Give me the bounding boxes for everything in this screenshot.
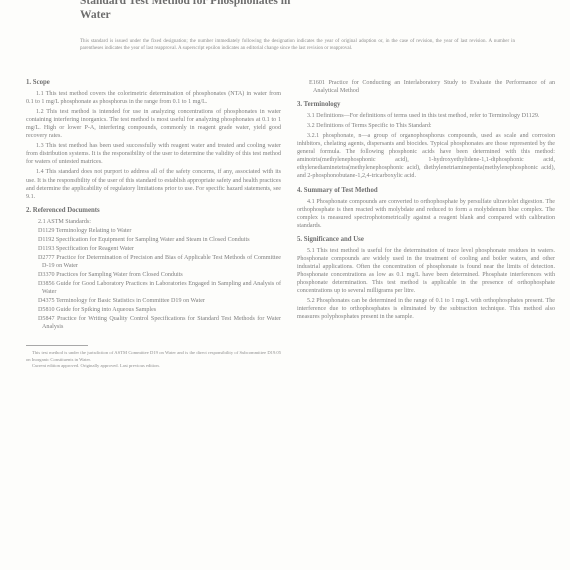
reference-item: D5810 Guide for Spiking into Aqueous Sam… xyxy=(32,306,281,314)
terminology-paragraph: 3.1 Definitions—For definitions of terms… xyxy=(297,112,555,120)
significance-paragraph: 5.1 This test method is useful for the d… xyxy=(297,247,555,295)
footnote-divider xyxy=(26,345,88,346)
scope-paragraph: 1.4 This standard does not purport to ad… xyxy=(26,168,281,200)
scope-paragraph: 1.3 This test method has been used succe… xyxy=(26,142,281,166)
section-heading-significance: 5. Significance and Use xyxy=(297,236,555,244)
reference-item: D1129 Terminology Relating to Water xyxy=(32,227,281,235)
footnote: This test method is under the jurisdicti… xyxy=(26,350,281,362)
document-page: Standard Test Method for Phosphonates in… xyxy=(0,0,570,570)
reference-item: D1192 Specification for Equipment for Sa… xyxy=(32,236,281,244)
reference-item: D5847 Practice for Writing Quality Contr… xyxy=(32,315,281,331)
section-heading-summary: 4. Summary of Test Method xyxy=(297,187,555,195)
reference-item: D4375 Terminology for Basic Statistics i… xyxy=(32,297,281,305)
scope-paragraph: 1.2 This test method is intended for use… xyxy=(26,108,281,140)
reference-item: D3370 Practices for Sampling Water from … xyxy=(32,271,281,279)
reference-item: D2777 Practice for Determination of Prec… xyxy=(32,254,281,270)
section-heading-terminology: 3. Terminology xyxy=(297,101,555,109)
section-heading-referenced-documents: 2. Referenced Documents xyxy=(26,207,281,215)
terminology-paragraph: 3.2 Definitions of Terms Specific to Thi… xyxy=(297,122,555,130)
significance-paragraph: 5.2 Phosphonates can be determined in th… xyxy=(297,297,555,321)
reference-item: D1193 Specification for Reagent Water xyxy=(32,245,281,253)
reference-item: 2.1 ASTM Standards: xyxy=(32,218,281,226)
section-heading-scope: 1. Scope xyxy=(26,79,281,87)
reference-item: D3856 Guide for Good Laboratory Practice… xyxy=(32,280,281,296)
reference-item: E1601 Practice for Conducting an Interla… xyxy=(303,79,555,95)
left-column: 1. Scope 1.1 This test method covers the… xyxy=(26,79,281,369)
document-abstract: This standard is issued under the fixed … xyxy=(80,38,515,52)
summary-paragraph: 4.1 Phosphonate compounds are converted … xyxy=(297,198,555,230)
document-title: Standard Test Method for Phosphonates in… xyxy=(80,0,300,22)
scope-paragraph: 1.1 This test method covers the colorime… xyxy=(26,90,281,106)
right-column: E1601 Practice for Conducting an Interla… xyxy=(297,79,555,323)
footnote: Current edition approved. Originally app… xyxy=(26,363,281,369)
terminology-paragraph: 3.2.1 phosphonate, n—a group of organoph… xyxy=(297,132,555,180)
